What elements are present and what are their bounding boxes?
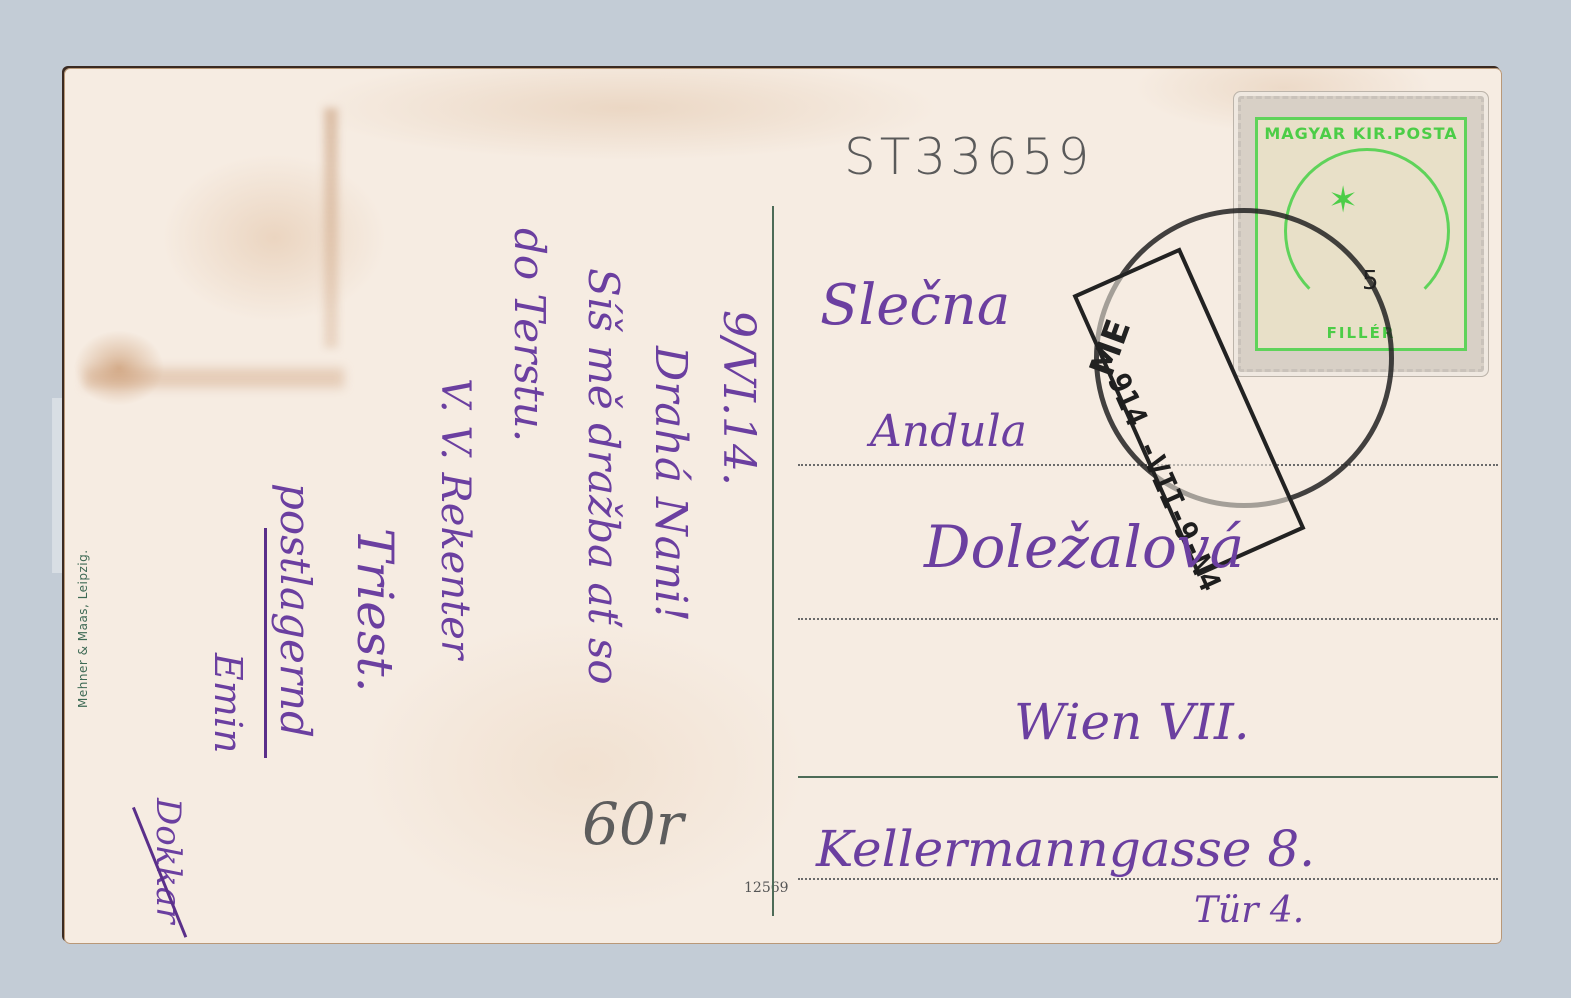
turul-bird-icon: ✶ xyxy=(1328,180,1358,221)
message-line: do Terstu. xyxy=(505,228,554,442)
message-line: Drahá Nani! xyxy=(645,346,696,622)
recipient-door: Tür 4. xyxy=(1194,890,1304,931)
publisher-imprint: Mehner & Maas, Leipzig. xyxy=(76,549,90,708)
address-line xyxy=(798,776,1498,778)
message-line: V. V. Rekenter xyxy=(432,378,478,659)
message-line: postlagernd xyxy=(271,483,320,738)
recipient-first-name: Andula xyxy=(870,406,1027,457)
recipient-city: Wien VII. xyxy=(1014,693,1250,751)
message-line: Emin xyxy=(206,653,250,753)
message-underline xyxy=(264,528,267,758)
center-divider xyxy=(772,206,774,916)
price-mark: 60r xyxy=(582,790,684,858)
recipient-surname: Doležalová xyxy=(924,513,1244,581)
address-line xyxy=(798,878,1498,880)
message-line: Triest. xyxy=(346,528,404,692)
address-line xyxy=(798,618,1498,620)
inventory-number: ST33659 xyxy=(844,128,1093,186)
postcard-back: Mehner & Maas, Leipzig. 12569 ST33659 60… xyxy=(64,68,1502,944)
stamp-country: MAGYAR KIR.POSTA xyxy=(1258,124,1464,143)
recipient-title: Slečna xyxy=(820,273,1010,338)
water-stain xyxy=(84,368,344,388)
recipient-street: Kellermanngasse 8. xyxy=(816,820,1315,878)
water-stain xyxy=(324,108,338,348)
plate-number: 12569 xyxy=(744,880,789,896)
message-line: Síš mě dražba ať so xyxy=(579,268,628,685)
message-date: 9/VI.14. xyxy=(713,310,764,486)
